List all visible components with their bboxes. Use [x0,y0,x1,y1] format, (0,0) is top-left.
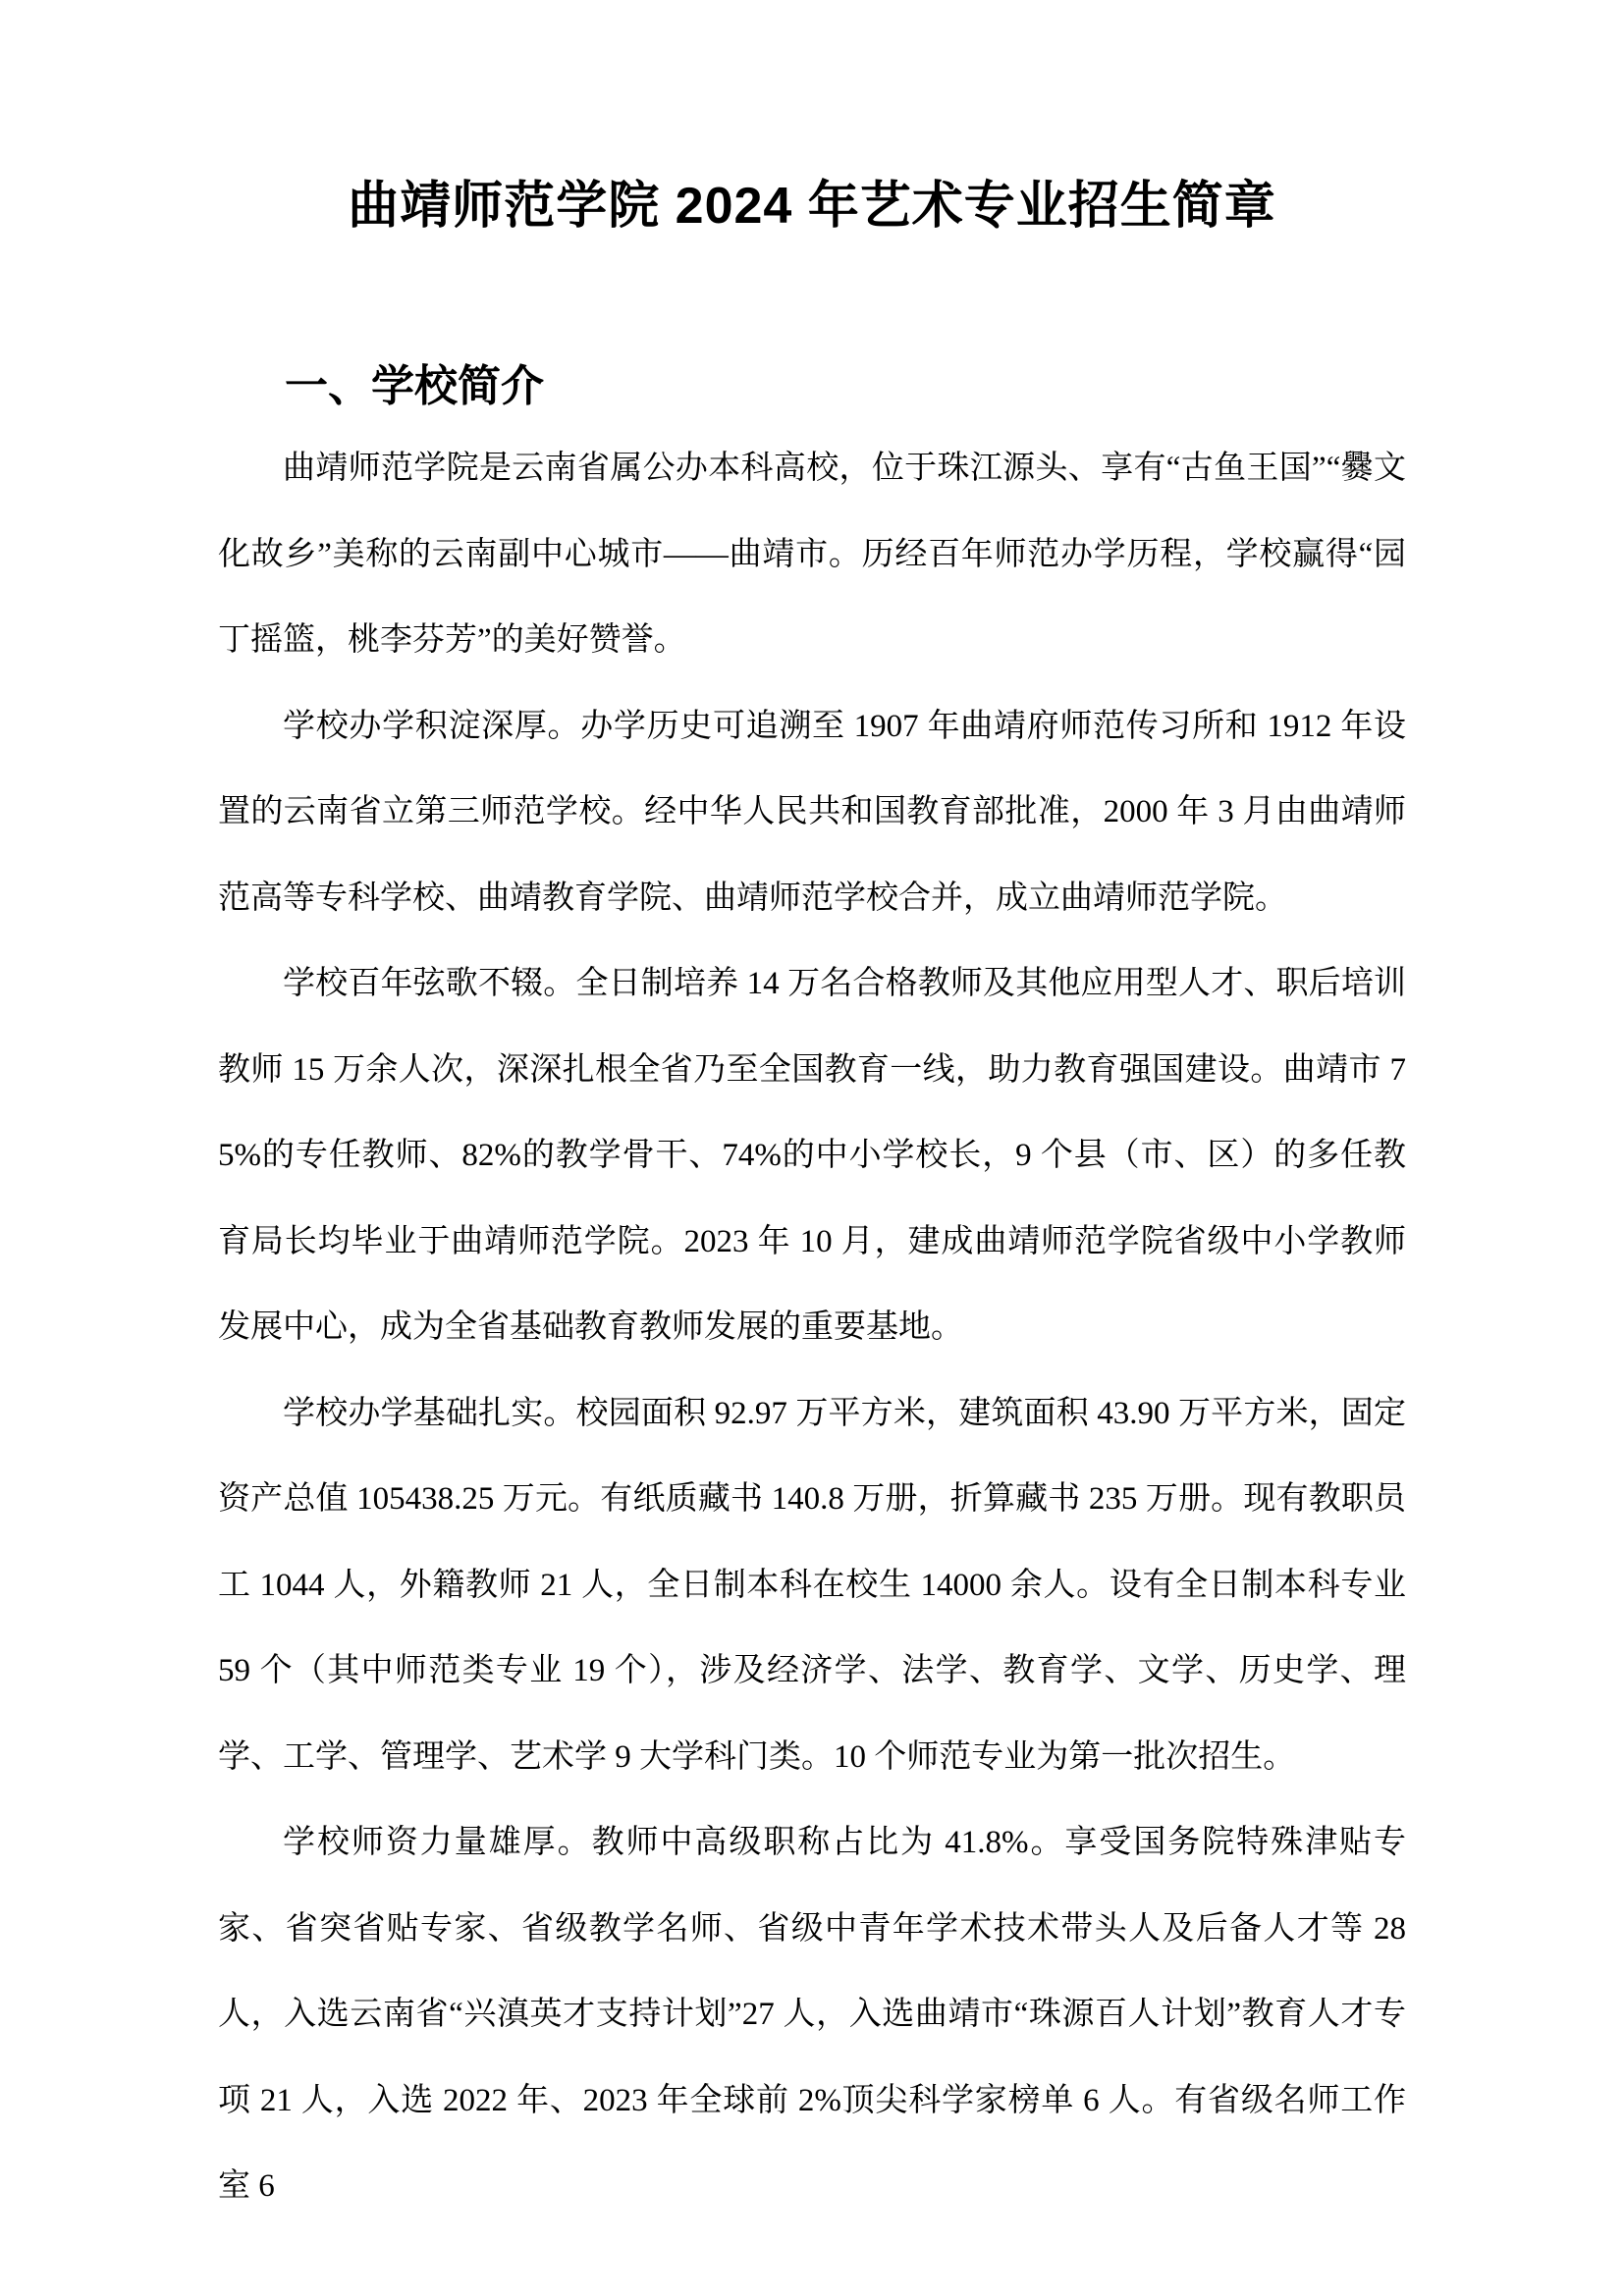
paragraph-campus-facts: 学校办学基础扎实。校园面积 92.97 万平方米，建筑面积 43.90 万平方米… [218,1371,1406,1801]
paragraph-school-intro: 曲靖师范学院是云南省属公办本科高校，位于珠江源头、享有“古鱼王国”“爨文化故乡”… [218,426,1406,684]
paragraph-faculty: 学校师资力量雄厚。教师中高级职称占比为 41.8%。享受国务院特殊津贴专家、省突… [218,1800,1406,2230]
document-content: 一、学校简介 曲靖师范学院是云南省属公办本科高校，位于珠江源头、享有“古鱼王国”… [0,361,1624,2230]
paragraph-history: 学校办学积淀深厚。办学历史可追溯至 1907 年曲靖府师范传习所和 1912 年… [218,684,1406,942]
section-heading: 一、学校简介 [218,361,1406,412]
document-body: 曲靖师范学院是云南省属公办本科高校，位于珠江源头、享有“古鱼王国”“爨文化故乡”… [218,426,1406,2230]
paragraph-teacher-training: 学校百年弦歌不辍。全日制培养 14 万名合格教师及其他应用型人才、职后培训教师 … [218,941,1406,1371]
document-page: 曲靖师范学院 2024 年艺术专业招生简章 一、学校简介 曲靖师范学院是云南省属… [0,0,1624,2296]
document-title: 曲靖师范学院 2024 年艺术专业招生简章 [0,175,1624,238]
